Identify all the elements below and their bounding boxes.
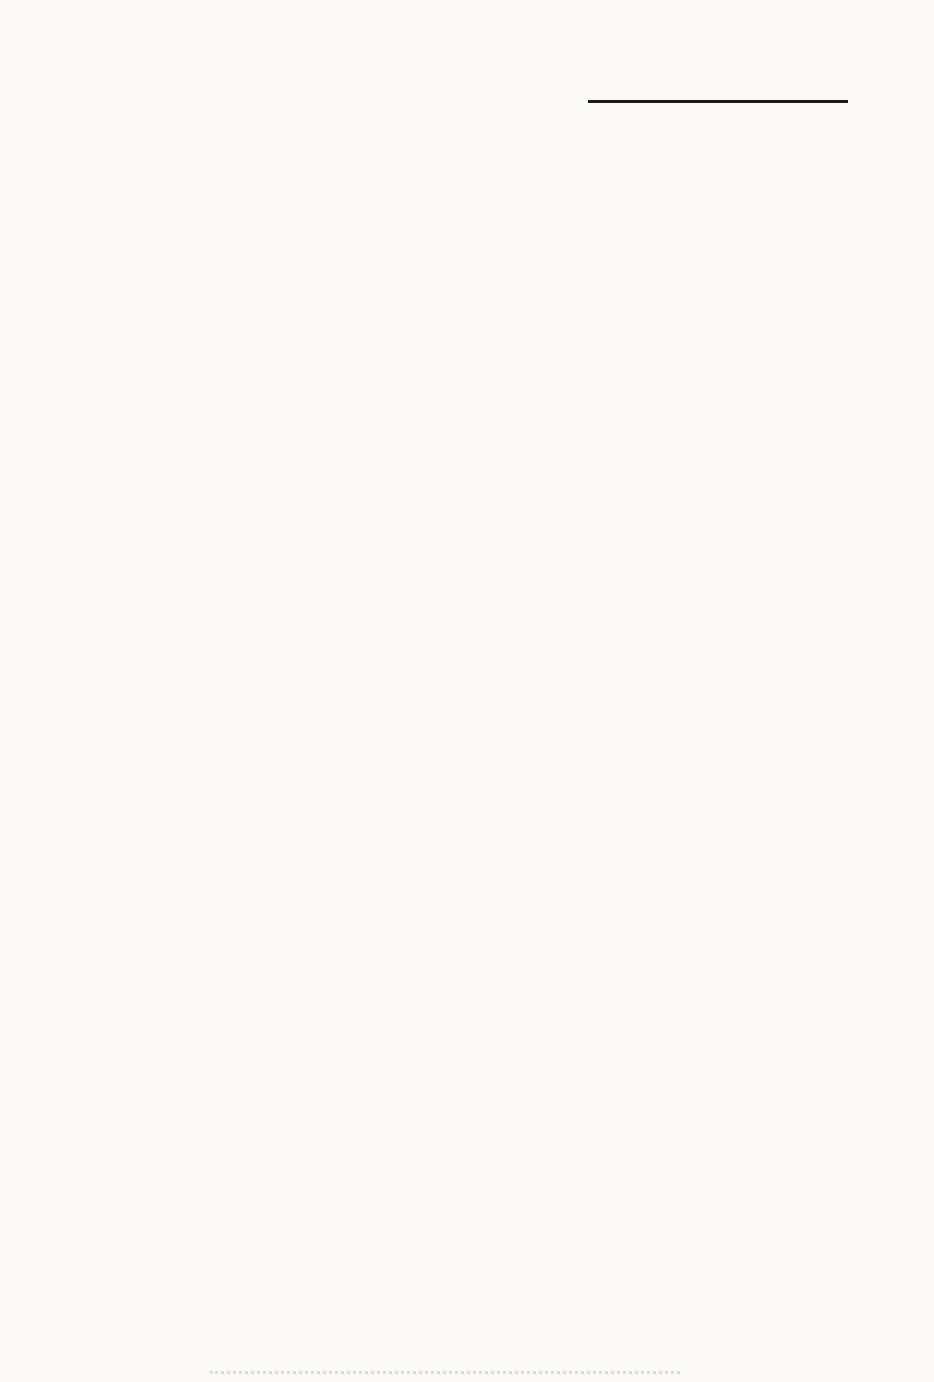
book-page <box>0 0 934 103</box>
scan-artifact <box>210 1371 680 1374</box>
footnote-separator <box>588 100 848 103</box>
